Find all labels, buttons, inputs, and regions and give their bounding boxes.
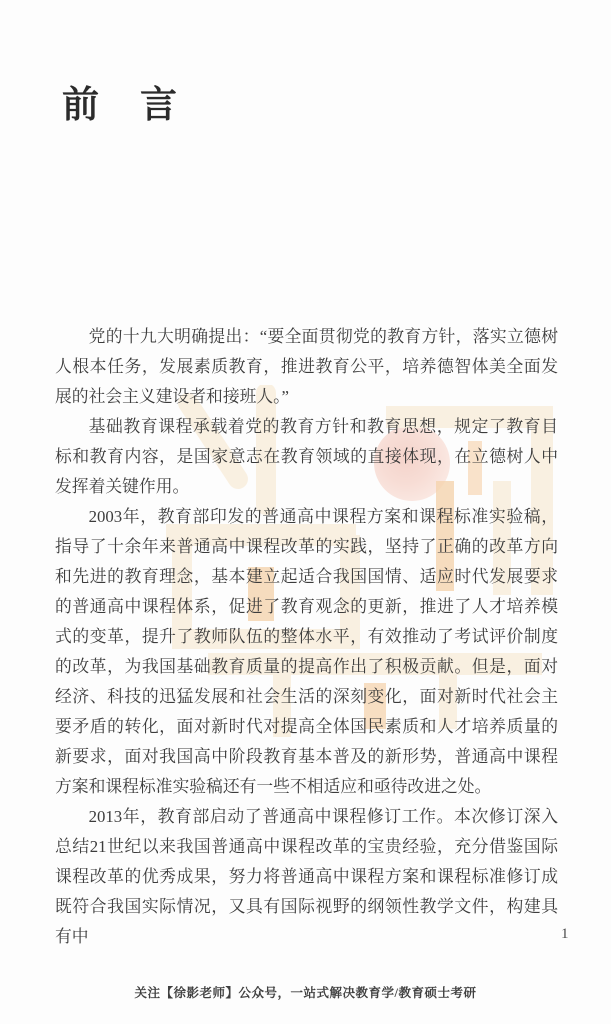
paragraph: 2003年，教育部印发的普通高中课程方案和课程标准实验稿，指导了十余年来普通高中… bbox=[55, 502, 558, 802]
paragraph: 2013年，教育部启动了普通高中课程修订工作。本次修订深入总结21世纪以来我国普… bbox=[55, 802, 558, 952]
body-text: 党的十九大明确提出：“要全面贯彻党的教育方针，落实立德树人根本任务，发展素质教育… bbox=[55, 322, 558, 952]
paragraph: 基础教育课程承载着党的教育方针和教育思想，规定了教育目标和教育内容，是国家意志在… bbox=[55, 412, 558, 502]
page-number: 1 bbox=[561, 926, 569, 943]
page-title: 前 言 bbox=[62, 74, 179, 128]
paragraph: 党的十九大明确提出：“要全面贯彻党的教育方针，落实立德树人根本任务，发展素质教育… bbox=[55, 322, 558, 412]
footer-note: 关注【徐影老师】公众号，一站式解决教育学/教育硕士考研 bbox=[0, 983, 611, 1001]
scanned-document-page: 前 言 党的十九大明确提出：“要全面贯彻党的教育方针，落实立德树人根本任务，发展… bbox=[0, 0, 611, 1024]
